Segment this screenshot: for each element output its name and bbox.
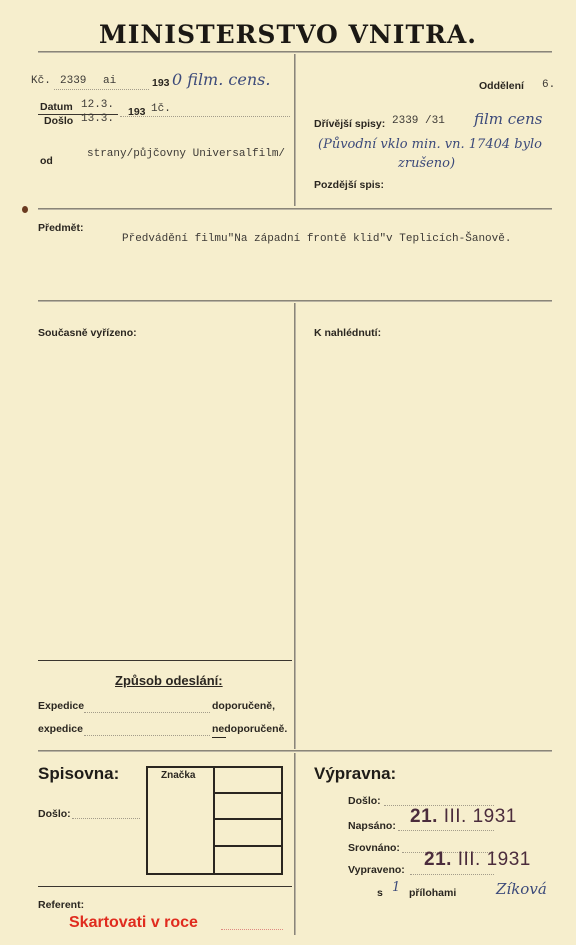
handwritten-note-line2: zrušeno) [398,156,455,171]
datum-value: 12.3. [81,99,114,111]
signature: Zíková [496,880,547,898]
dispatch-rule [38,660,292,661]
handwritten-note-line1: (Původní vklo min. vn. 17404 bylo [318,137,542,152]
napsano-label: Napsáno: [348,820,396,832]
srovnano-label: Srovnáno: [348,842,400,854]
vypraveno-label: Vypraveno: [348,864,405,876]
vypraveno-stamp: 21. III. 1931 [424,849,531,871]
doslo-value: 13.3. [81,113,114,125]
predmet-label: Předmět: [38,222,84,234]
top-divider [294,54,296,206]
prilohy-label: přílohami [409,887,456,899]
referent-label: Referent: [38,899,84,911]
doporucene-label: doporučeně, [212,700,275,712]
kc-label: Kč. [31,75,51,87]
subject-rule [38,208,552,210]
s-label: s [377,887,383,899]
drivejsi-spisy-label: Dřívější spisy: [314,118,385,130]
middle-rule [38,300,552,302]
bottom-divider [294,753,296,935]
predmet-value: Předvádění filmu"Na západní frontě klid"… [122,233,511,245]
bottom-rule [38,750,552,752]
napsano-stamp: 21. III. 1931 [410,806,517,828]
oddeleni-label: Oddělení [479,80,524,92]
spisovna-doslo-label: Došlo: [38,808,71,820]
zpusob-odeslani-title: Způsob odeslání: [115,673,223,688]
expedice-label-2: expedice [38,723,83,735]
header-rule [38,51,552,53]
drivejsi-spisy-value: 2339 /31 [392,115,445,127]
year-prefix: 193 [152,77,170,89]
prilohy-count: 1 [392,880,400,895]
kc-suffix: ai [103,75,116,87]
datum-label: Datum [40,101,73,113]
page-title: MINISTERSTVO VNITRA. [0,20,576,49]
drivejsi-handwritten: film cens [474,110,542,128]
kc-number: 2339 [60,75,86,87]
ink-mark [22,206,28,213]
middle-divider [294,303,296,749]
znacka-label: Značka [161,770,195,781]
vypravna-title: Výpravna: [314,764,396,784]
vypravna-doslo-label: Došlo: [348,795,381,807]
oddeleni-value: 6. [542,79,555,91]
expedice-label: Expedice [38,700,84,712]
k-nahlednuti-label: K nahlédnutí: [314,327,381,339]
spisovna-title: Spisovna: [38,764,119,784]
year2-suffix: 1č. [151,103,171,115]
pozdejsi-spis-label: Pozdější spis: [314,179,384,191]
kc-handwritten: 0 film. cens. [172,70,270,89]
soucasne-vyrizeno-label: Současně vyřízeno: [38,327,137,339]
od-label: od [40,155,53,167]
od-value: strany/půjčovny Universalfilm/ [87,148,285,160]
doslo-label: Došlo [44,115,73,127]
skartovati-label: Skartovati v roce [69,914,198,932]
nedoporucene-label: nedoporučeně. [212,723,287,735]
